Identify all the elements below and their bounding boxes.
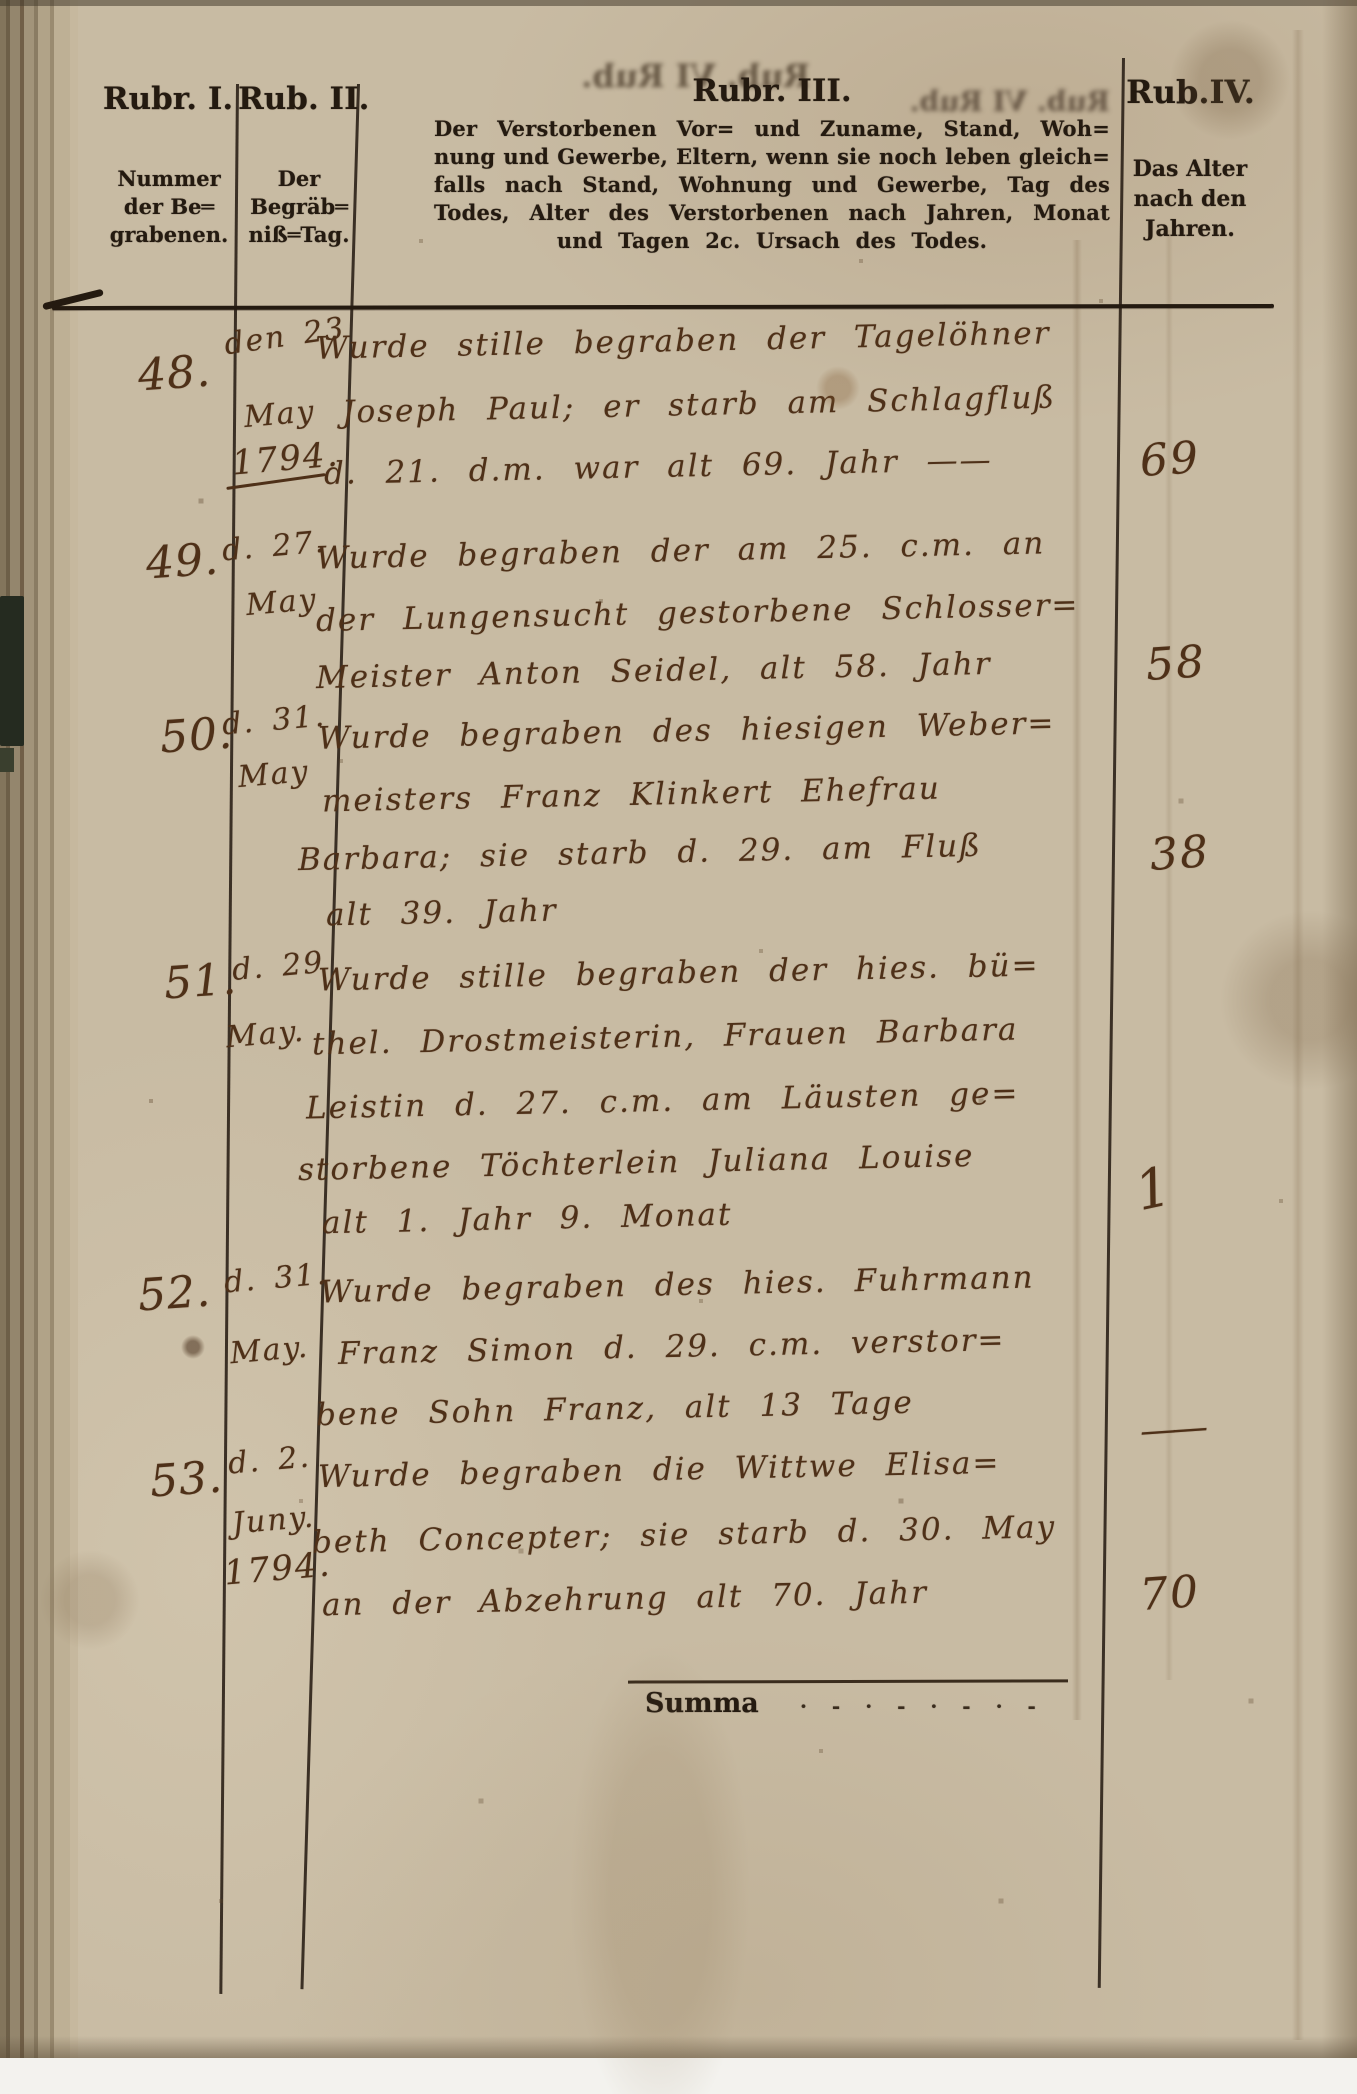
bottom-page-shadow <box>0 2036 1357 2058</box>
entry-text-line: alt 1. Jahr 9. Monat <box>322 1200 733 1240</box>
col4-header-label: Jahren. <box>1110 218 1270 240</box>
column-rule-3 <box>1098 58 1125 1988</box>
col1-header-label: grabenen. <box>100 224 238 245</box>
entry-text-line: beth Concepter; sie starb d. 30. May <box>312 1512 1057 1559</box>
top-page-edge <box>0 0 1357 6</box>
col3-header-text: nung und Gewerbe, Eltern, wenn sie noch … <box>434 146 1110 167</box>
entry-text-line: bene Sohn Franz, alt 13 Tage <box>316 1388 914 1432</box>
col3-header-text: Der Verstorbenen Vor= und Zuname, Stand,… <box>434 118 1110 139</box>
burial-date: May <box>245 585 319 621</box>
scanned-burial-register-page: Rub. VI Rub. Rub. VI Rub. Rubr. I. Rub. … <box>0 0 1357 2094</box>
age-in-years: 58 <box>1145 640 1208 688</box>
burial-date: May <box>243 397 317 433</box>
burial-date: May <box>237 757 311 793</box>
col4-header-label: nach den <box>1110 188 1270 210</box>
entry-text-line: Barbara; sie starb d. 29. am Fluß <box>298 831 982 876</box>
right-page-shadow <box>1322 0 1357 2094</box>
entry-text-line: Wurde stille begraben der Tagelöhner <box>316 318 1051 364</box>
rubric-4-title: Rub.IV. <box>1108 76 1273 108</box>
col4-header-label: Das Alter <box>1110 158 1270 180</box>
age-in-years: 70 <box>1139 1570 1202 1618</box>
entry-text-line: d. 21. d.m. war alt 69. Jahr —— <box>324 445 993 490</box>
entry-text-line: storbene Töchterlein Juliana Louise <box>298 1141 975 1186</box>
rubric-3-title: Rubr. III. <box>434 76 1110 107</box>
entry-number: 49. <box>145 538 221 587</box>
entry-text-line: Wurde begraben des hiesigen Weber= <box>318 708 1056 754</box>
summa-rule <box>628 1679 1068 1683</box>
burial-date: d. 27. <box>221 528 327 567</box>
entry-text-line: Wurde stille begraben der hies. bü= <box>318 950 1040 996</box>
rubric-1-title: Rubr. I. <box>100 84 236 115</box>
scanner-bed-strip <box>0 2058 1357 2094</box>
burial-date: d. 2. <box>227 1442 312 1479</box>
entry-number: 52. <box>137 1270 213 1319</box>
entry-text-line: an der Abzehrung alt 70. Jahr <box>322 1578 929 1622</box>
rubric-2-title: Rub. II. <box>238 84 356 115</box>
entry-text-line: Meister Anton Seidel, alt 58. Jahr <box>316 649 992 694</box>
entry-text-line: alt 39. Jahr <box>326 896 558 932</box>
age-in-years: 69 <box>1139 436 1202 484</box>
entry-text-line: Wurde begraben der am 25. c.m. an <box>316 528 1046 574</box>
col2-header-label: niß═Tag. <box>240 224 358 245</box>
col1-header-label: Nummer <box>100 168 238 189</box>
summa-dash-marks: · - · - · - · - <box>800 1696 1036 1716</box>
burial-date: d. 29 <box>231 948 326 986</box>
entry-text-line: thel. Drostmeisterin, Frauen Barbara <box>312 1015 1019 1061</box>
entry-number: 51. <box>163 958 239 1007</box>
book-binding-edge <box>0 0 78 2094</box>
entry-number: 53. <box>149 1456 225 1505</box>
col1-header-label: der Be═ <box>100 196 238 217</box>
entry-number: 48. <box>137 350 213 399</box>
entry-text-line: Wurde begraben des hies. Fuhrmann <box>320 1263 1035 1309</box>
paper-crease <box>1072 240 1082 1720</box>
bookmark-dark-notch <box>0 596 24 746</box>
burial-date: d. 31. <box>223 1260 329 1299</box>
header-bottom-rule <box>52 304 1274 310</box>
col3-header-text: und Tagen 2c. Ursach des Todes. <box>434 230 1110 251</box>
entry-text-line: Joseph Paul; er starb am Schlagfluß <box>342 383 1057 429</box>
entry-text-line: Leistin d. 27. c.m. am Läusten ge= <box>306 1079 1020 1125</box>
col3-header-text: Todes, Alter des Verstorbenen nach Jahre… <box>434 202 1110 223</box>
entry-text-line: der Lungensucht gestorbene Schlosser= <box>316 590 1080 637</box>
entry-text-line: Franz Simon d. 29. c.m. verstor= <box>338 1325 1006 1370</box>
age-dash-mark: —— <box>1139 1410 1205 1450</box>
col2-header-label: Begräb═ <box>240 196 358 217</box>
col2-header-label: Der <box>240 168 358 189</box>
col3-header-text: falls nach Stand, Wohnung und Gewerbe, T… <box>434 174 1110 195</box>
burial-date: d. 31. <box>221 702 327 741</box>
burial-date: May. <box>229 1333 310 1370</box>
burial-date: May. <box>225 1017 306 1054</box>
bookmark-dark-notch-small <box>0 748 14 772</box>
burial-date: Juny. <box>231 1502 316 1539</box>
entry-text-line: Wurde begraben die Wittwe Elisa= <box>318 1448 1001 1493</box>
age-in-years: 38 <box>1149 830 1212 878</box>
summa-label: Summa <box>645 1690 759 1717</box>
entry-text-line: meisters Franz Klinkert Ehefrau <box>322 774 941 818</box>
paper-crease <box>1292 30 1304 2040</box>
